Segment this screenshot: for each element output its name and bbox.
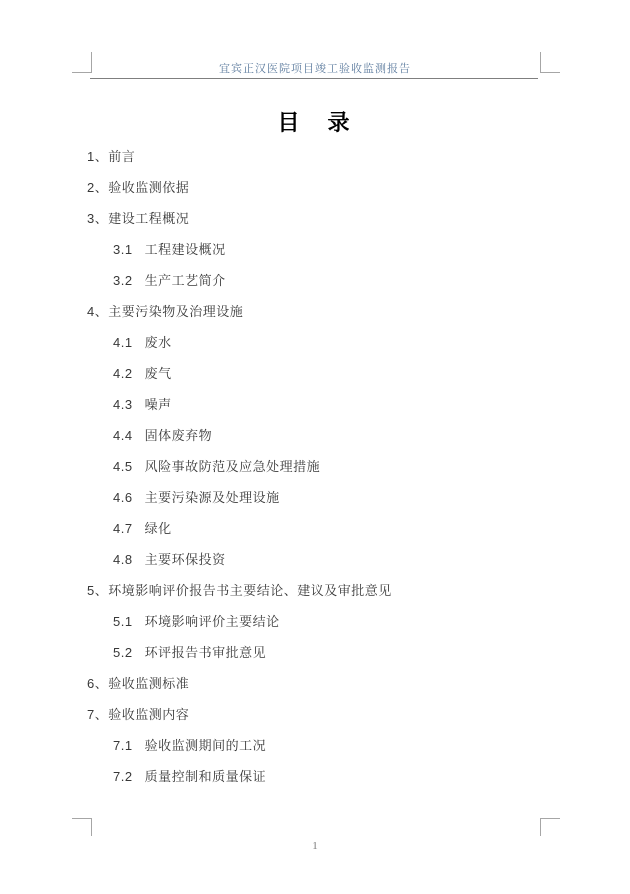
toc-item-number: 4、 bbox=[87, 304, 108, 319]
toc-item-number: 3.2 bbox=[113, 273, 133, 288]
toc-item-number: 3.1 bbox=[113, 242, 133, 257]
toc-item-label: 环境影响评价报告书主要结论、建议及审批意见 bbox=[108, 583, 392, 598]
toc-item-label: 验收监测期间的工况 bbox=[145, 738, 267, 753]
toc-item: 4.8主要环保投资 bbox=[87, 544, 590, 575]
toc-item-number: 5.1 bbox=[113, 614, 133, 629]
toc-item-number: 4.8 bbox=[113, 552, 133, 567]
toc-item-label: 主要污染源及处理设施 bbox=[145, 490, 280, 505]
toc-item: 5.1环境影响评价主要结论 bbox=[87, 606, 590, 637]
toc-item: 7.1验收监测期间的工况 bbox=[87, 730, 590, 761]
toc-item-label: 建设工程概况 bbox=[108, 211, 189, 226]
toc-item-number: 4.4 bbox=[113, 428, 133, 443]
toc-item-number: 4.7 bbox=[113, 521, 133, 536]
toc-item: 7、验收监测内容 bbox=[87, 699, 590, 730]
header-rule-divider bbox=[90, 78, 538, 79]
toc-item: 1、前言 bbox=[87, 141, 590, 172]
toc-item: 4.6主要污染源及处理设施 bbox=[87, 482, 590, 513]
toc-item: 3.1工程建设概况 bbox=[87, 234, 590, 265]
toc-item: 2、验收监测依据 bbox=[87, 172, 590, 203]
toc-item-label: 风险事故防范及应急处理措施 bbox=[145, 459, 321, 474]
footer-boundary-mark-right bbox=[540, 818, 560, 836]
toc-item: 4.1废水 bbox=[87, 327, 590, 358]
toc-item-number: 5、 bbox=[87, 583, 108, 598]
toc-item-label: 主要污染物及治理设施 bbox=[108, 304, 243, 319]
toc-item-label: 工程建设概况 bbox=[145, 242, 226, 257]
toc-item: 5.2环评报告书审批意见 bbox=[87, 637, 590, 668]
toc-item: 7.2质量控制和质量保证 bbox=[87, 761, 590, 792]
toc-item: 3.2生产工艺简介 bbox=[87, 265, 590, 296]
page-number: 1 bbox=[0, 840, 630, 852]
toc-item-label: 环评报告书审批意见 bbox=[145, 645, 267, 660]
toc-item-number: 4.1 bbox=[113, 335, 133, 350]
toc-item-label: 主要环保投资 bbox=[145, 552, 226, 567]
toc-item-label: 废水 bbox=[145, 335, 172, 350]
toc-item: 4.4固体废弃物 bbox=[87, 420, 590, 451]
document-page: 宜宾正汉医院项目竣工验收监测报告 目 录 1、前言2、验收监测依据3、建设工程概… bbox=[0, 0, 630, 894]
toc-list: 1、前言2、验收监测依据3、建设工程概况3.1工程建设概况3.2生产工艺简介4、… bbox=[87, 141, 590, 792]
toc-item-number: 3、 bbox=[87, 211, 108, 226]
toc-item: 4.3噪声 bbox=[87, 389, 590, 420]
toc-item-number: 4.5 bbox=[113, 459, 133, 474]
toc-title: 目 录 bbox=[0, 106, 630, 137]
toc-item-number: 1、 bbox=[87, 149, 108, 164]
toc-item-number: 4.6 bbox=[113, 490, 133, 505]
page-header-title: 宜宾正汉医院项目竣工验收监测报告 bbox=[0, 60, 630, 76]
toc-item-label: 环境影响评价主要结论 bbox=[145, 614, 280, 629]
toc-item-number: 7、 bbox=[87, 707, 108, 722]
toc-item: 4、主要污染物及治理设施 bbox=[87, 296, 590, 327]
toc-item-label: 废气 bbox=[145, 366, 172, 381]
toc-item-number: 7.1 bbox=[113, 738, 133, 753]
toc-item-number: 2、 bbox=[87, 180, 108, 195]
toc-item-label: 验收监测标准 bbox=[108, 676, 189, 691]
toc-item-number: 4.3 bbox=[113, 397, 133, 412]
toc-item-label: 噪声 bbox=[145, 397, 172, 412]
toc-item-number: 7.2 bbox=[113, 769, 133, 784]
toc-item-number: 6、 bbox=[87, 676, 108, 691]
toc-item-label: 验收监测内容 bbox=[108, 707, 189, 722]
toc-item: 5、环境影响评价报告书主要结论、建议及审批意见 bbox=[87, 575, 590, 606]
toc-item-label: 验收监测依据 bbox=[108, 180, 189, 195]
toc-item: 4.5风险事故防范及应急处理措施 bbox=[87, 451, 590, 482]
toc-item: 3、建设工程概况 bbox=[87, 203, 590, 234]
toc-item-label: 绿化 bbox=[145, 521, 172, 536]
toc-item-number: 5.2 bbox=[113, 645, 133, 660]
toc-item: 4.7绿化 bbox=[87, 513, 590, 544]
toc-item-label: 质量控制和质量保证 bbox=[145, 769, 267, 784]
toc-item-label: 前言 bbox=[108, 149, 135, 164]
toc-item-label: 生产工艺简介 bbox=[145, 273, 226, 288]
toc-item: 6、验收监测标准 bbox=[87, 668, 590, 699]
footer-boundary-mark-left bbox=[72, 818, 92, 836]
toc-item: 4.2废气 bbox=[87, 358, 590, 389]
toc-item-number: 4.2 bbox=[113, 366, 133, 381]
toc-item-label: 固体废弃物 bbox=[145, 428, 213, 443]
